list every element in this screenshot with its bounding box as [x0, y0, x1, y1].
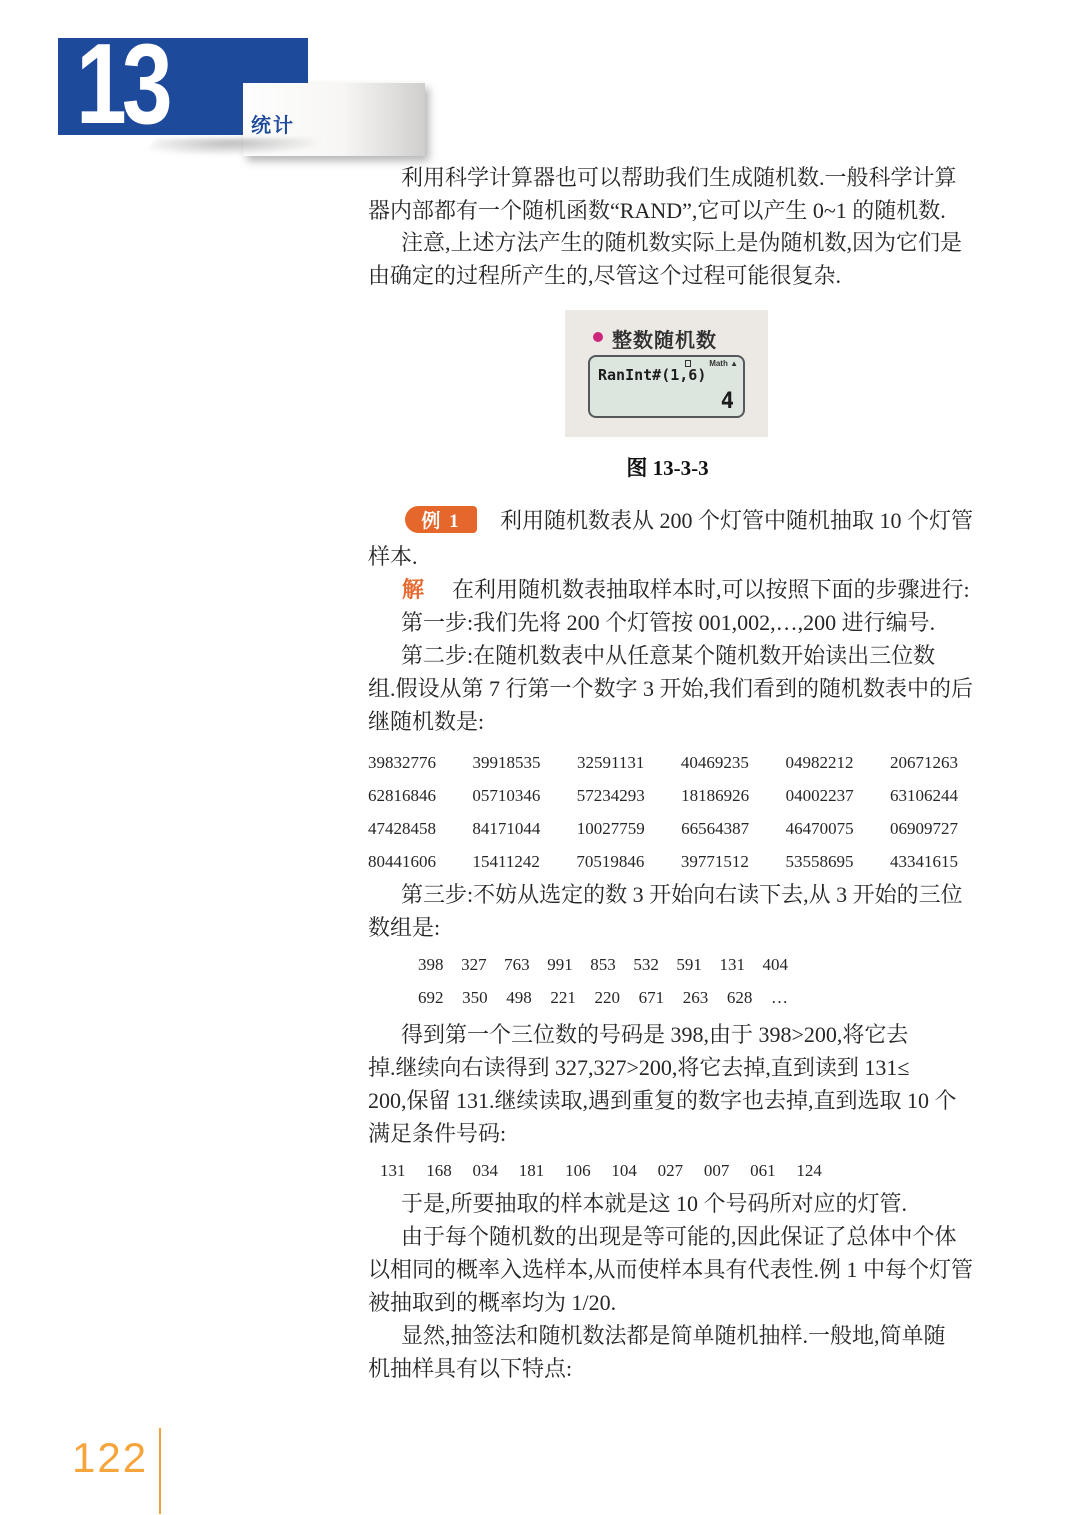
- figure-13-3-3: 整数随机数 Math ▲ RanInt#(1,6) 4: [565, 310, 768, 437]
- number-cell: 63106244: [890, 779, 958, 812]
- number-cell: 57234293: [577, 779, 645, 812]
- number-cell: 43341615: [890, 845, 958, 878]
- figure-caption: 图 13-3-3: [555, 452, 780, 482]
- example-1-heading-line: 例 1 利用随机数表从 200 个灯管中随机抽取 10 个灯管: [405, 503, 1005, 536]
- number-cell: 591: [676, 948, 702, 981]
- number-cell: …: [771, 981, 788, 1014]
- number-cell: 181: [519, 1154, 545, 1187]
- math-mode-indicator: Math ▲: [709, 359, 738, 368]
- number-cell: 692: [418, 981, 444, 1014]
- number-cell: 15411242: [473, 845, 540, 878]
- example-badge: 例 1: [405, 506, 477, 533]
- number-cell: 763: [504, 948, 530, 981]
- number-cell: 20671263: [890, 746, 958, 779]
- textbook-page: 13 统计 利用科学计算器也可以帮助我们生成随机数.一般科学计算器内部都有一个随…: [0, 0, 1080, 1515]
- number-cell: 124: [796, 1154, 822, 1187]
- number-cell: 034: [473, 1154, 499, 1187]
- random-number-table-row: 4742845884171044100277596656438746470075…: [368, 812, 958, 845]
- number-cell: 221: [550, 981, 576, 1014]
- number-cell: 532: [633, 948, 659, 981]
- text-line: 注意,上述方法产生的随机数实际上是伪随机数,因为它们是: [368, 227, 1002, 260]
- figure-title-row: 整数随机数: [565, 324, 768, 348]
- chapter-number: 13: [76, 28, 168, 142]
- page-number: 122: [72, 1434, 148, 1482]
- number-cell: 104: [611, 1154, 637, 1187]
- solution-label: 解: [402, 577, 424, 602]
- calculator-expression: RanInt#(1,6): [598, 366, 706, 384]
- text-line: 样本.: [368, 540, 1002, 573]
- number-cell: 46470075: [786, 812, 854, 845]
- text-line: 得到第一个三位数的号码是 398,由于 398>200,将它去: [368, 1018, 1002, 1051]
- number-cell: 671: [639, 981, 665, 1014]
- number-cell: 220: [595, 981, 621, 1014]
- text-line: 利用科学计算器也可以帮助我们生成随机数.一般科学计算: [368, 162, 1002, 195]
- number-cell: 04002237: [786, 779, 854, 812]
- text-line: 组.假设从第 7 行第一个数字 3 开始,我们看到的随机数表中的后: [368, 672, 1002, 705]
- calculator-result: 4: [721, 389, 734, 414]
- text-line: 掉.继续向右读得到 327,327>200,将它去掉,直到读到 131≤: [368, 1051, 1002, 1084]
- random-number-table-row: 3983277639918535325911314046923504982212…: [368, 746, 958, 779]
- number-cell: 027: [658, 1154, 684, 1187]
- number-cell: 47428458: [368, 812, 436, 845]
- solution-line: 解在利用随机数表抽取样本时,可以按照下面的步骤进行:: [368, 573, 1002, 606]
- number-cell: 18186926: [681, 779, 749, 812]
- number-cell: 007: [704, 1154, 730, 1187]
- three-digit-group-row: 692350498221220671263628…: [418, 981, 788, 1014]
- number-cell: 39771512: [681, 845, 749, 878]
- text-line: 第三步:不妨从选定的数 3 开始向右读下去,从 3 开始的三位: [368, 878, 1002, 911]
- number-cell: 327: [461, 948, 487, 981]
- text-line: 第二步:在随机数表中从任意某个随机数开始读出三位数: [368, 639, 1002, 672]
- example-first-line: 利用随机数表从 200 个灯管中随机抽取 10 个灯管: [500, 504, 973, 535]
- number-cell: 398: [418, 948, 444, 981]
- number-cell: 39918535: [473, 746, 541, 779]
- number-cell: 40469235: [681, 746, 749, 779]
- number-cell: 168: [426, 1154, 452, 1187]
- text-line: 于是,所要抽取的样本就是这 10 个号码所对应的灯管.: [368, 1187, 1002, 1220]
- number-cell: 84171044: [472, 812, 540, 845]
- solution-text: 在利用随机数表抽取样本时,可以按照下面的步骤进行:: [452, 577, 970, 602]
- body-content: 样本.解在利用随机数表抽取样本时,可以按照下面的步骤进行:第一步:我们先将 20…: [368, 540, 1002, 1385]
- three-digit-group-row: 398327763991853532591131404: [418, 948, 788, 981]
- footer-vertical-rule: [159, 1428, 161, 1514]
- number-cell: 061: [750, 1154, 776, 1187]
- figure-title: 整数随机数: [612, 324, 717, 353]
- number-cell: 131: [380, 1154, 406, 1187]
- text-line: 由于每个随机数的出现是等可能的,因此保证了总体中个体: [368, 1220, 1002, 1253]
- text-line: 继随机数是:: [368, 705, 1002, 738]
- number-cell: 70519846: [576, 845, 644, 878]
- text-line: 显然,抽签法和随机数法都是简单随机抽样.一般地,简单随: [368, 1319, 1002, 1352]
- number-cell: 05710346: [472, 779, 540, 812]
- number-cell: 62816846: [368, 779, 436, 812]
- number-cell: 10027759: [577, 812, 645, 845]
- number-cell: 263: [683, 981, 709, 1014]
- text-line: 满足条件号码:: [368, 1117, 1002, 1150]
- calculator-screen: Math ▲ RanInt#(1,6) 4: [588, 355, 745, 418]
- number-cell: 80441606: [368, 845, 436, 878]
- number-cell: 106: [565, 1154, 591, 1187]
- number-cell: 131: [719, 948, 745, 981]
- chapter-box-shadow: [144, 138, 327, 156]
- number-cell: 350: [462, 981, 488, 1014]
- number-cell: 66564387: [681, 812, 749, 845]
- random-number-table-row: 8044160615411242705198463977151253558695…: [368, 845, 958, 878]
- random-number-table-row: 6281684605710346572342931818692604002237…: [368, 779, 958, 812]
- number-cell: 404: [763, 948, 789, 981]
- text-line: 200,保留 131.继续读取,遇到重复的数字也去掉,直到选取 10 个: [368, 1084, 1002, 1117]
- text-line: 第一步:我们先将 200 个灯管按 001,002,…,200 进行编号.: [368, 606, 1002, 639]
- selected-numbers-row: 131168034181106104027007061124: [380, 1154, 822, 1187]
- number-cell: 53558695: [785, 845, 853, 878]
- text-line: 数组是:: [368, 911, 1002, 944]
- number-cell: 991: [547, 948, 573, 981]
- text-line: 器内部都有一个随机函数“RAND”,它可以产生 0~1 的随机数.: [368, 195, 1002, 228]
- number-cell: 498: [506, 981, 532, 1014]
- number-cell: 32591131: [577, 746, 644, 779]
- number-cell: 06909727: [890, 812, 958, 845]
- text-line: 机抽样具有以下特点:: [368, 1352, 1002, 1385]
- number-cell: 39832776: [368, 746, 436, 779]
- chapter-header-box: 13 统计: [58, 38, 308, 135]
- text-line: 由确定的过程所产生的,尽管这个过程可能很复杂.: [368, 260, 1002, 293]
- chapter-title: 统计: [251, 109, 295, 138]
- number-cell: 04982212: [785, 746, 853, 779]
- intro-paragraphs: 利用科学计算器也可以帮助我们生成随机数.一般科学计算器内部都有一个随机函数“RA…: [368, 162, 1002, 292]
- number-cell: 853: [590, 948, 616, 981]
- text-line: 以相同的概率入选样本,从而使样本具有代表性.例 1 中每个灯管: [368, 1253, 1002, 1286]
- text-line: 被抽取到的概率均为 1/20.: [368, 1286, 1002, 1319]
- number-cell: 628: [727, 981, 753, 1014]
- pink-dot-icon: [593, 332, 603, 342]
